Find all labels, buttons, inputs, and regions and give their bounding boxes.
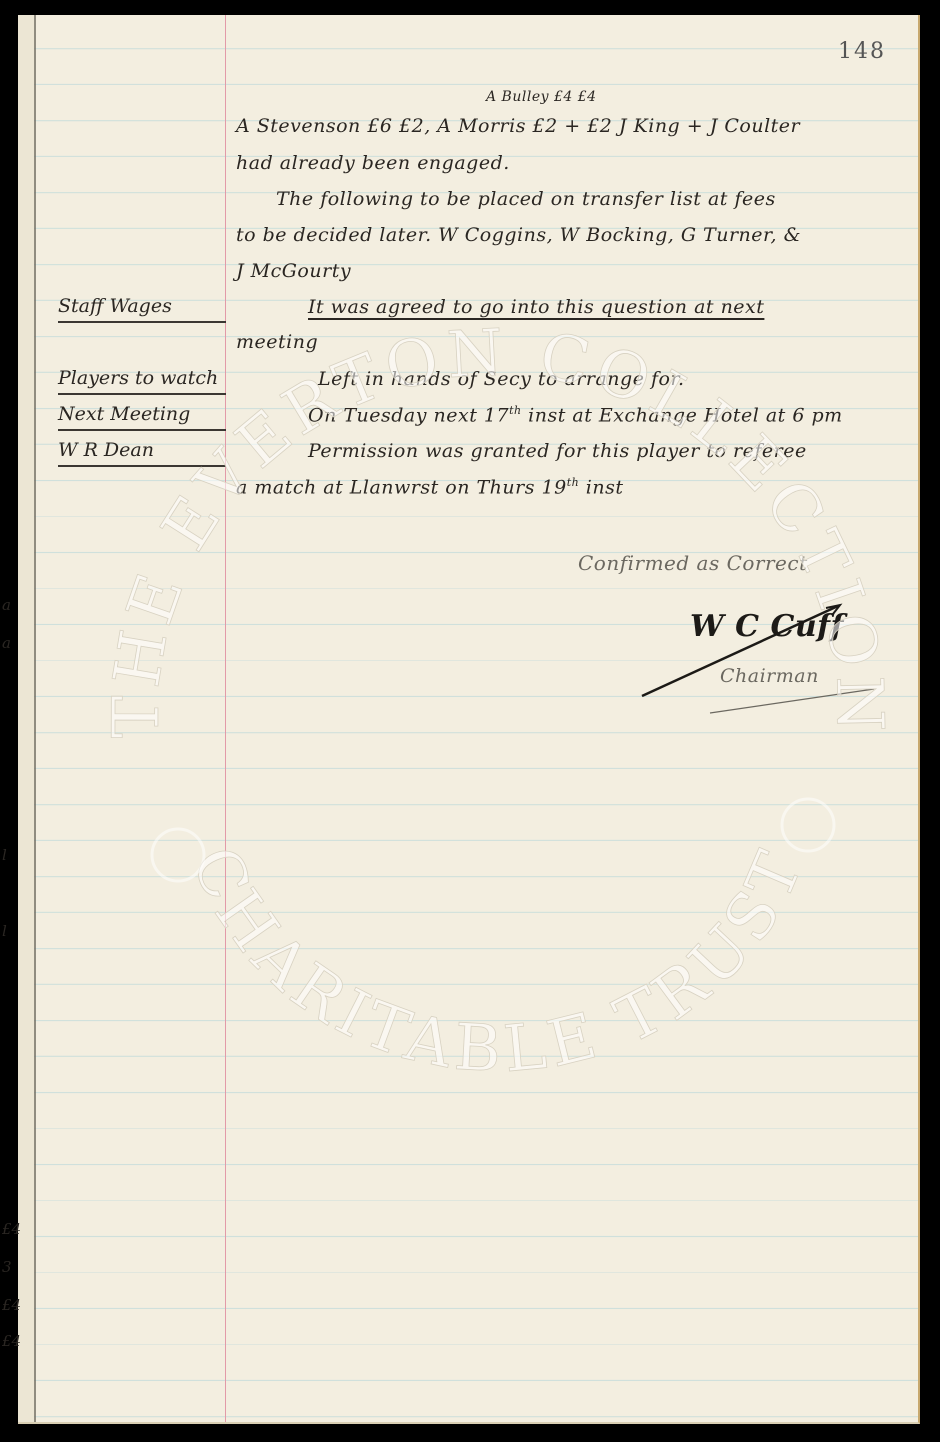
minute-staff-wages: It was agreed to go into this question a…: [308, 296, 764, 318]
title-underline: [708, 687, 878, 717]
binding-line: [34, 15, 36, 1422]
insert-above-line: A Bulley £4 £4: [486, 89, 597, 105]
margin-heading-next-meeting: Next Meeting: [58, 403, 226, 431]
edge-mark: a: [2, 596, 11, 614]
binding-gutter: [18, 15, 34, 1422]
entry-line-2: had already been engaged.: [236, 152, 510, 174]
margin-rule: [225, 15, 226, 1422]
edge-mark: l: [2, 846, 7, 864]
chairman-title: Chairman: [720, 665, 819, 687]
minute-next-meeting-before: On Tuesday next 17: [308, 404, 509, 426]
edge-mark: £4: [2, 1220, 21, 1238]
entry-line-1: A Stevenson £6 £2, A Morris £2 + £2 J Ki…: [236, 115, 800, 137]
entry-line-5: J McGourty: [236, 260, 351, 282]
entry-line-4: to be decided later. W Coggins, W Bockin…: [236, 224, 801, 246]
minute-staff-wages-text: It was agreed to go into this question a…: [308, 296, 764, 318]
edge-mark: £4: [2, 1296, 21, 1314]
margin-heading-players-to-watch: Players to watch: [58, 367, 226, 395]
edge-mark: l: [2, 922, 7, 940]
edge-mark: 3: [2, 1258, 12, 1276]
minute-next-meeting: On Tuesday next 17th inst at Exchange Ho…: [308, 404, 843, 426]
minute-players-to-watch: Left in hands of Secy to arrange for.: [318, 368, 684, 390]
entry-line-3: The following to be placed on transfer l…: [276, 188, 776, 210]
watermark-bottom-text: CHARITABLE TRUST: [176, 836, 819, 1087]
edge-mark: £4: [2, 1332, 21, 1350]
minute-staff-wages-continuation: meeting: [236, 331, 318, 353]
margin-heading-staff-wages: Staff Wages: [58, 295, 226, 323]
minute-wr-dean-cont-after: inst: [579, 476, 623, 498]
page-number: 148: [838, 39, 886, 64]
minute-next-meeting-after: inst at Exchange Hotel at 6 pm: [522, 404, 843, 426]
minute-wr-dean: Permission was granted for this player t…: [308, 440, 807, 462]
svg-text:CHARITABLE TRUST: CHARITABLE TRUST: [176, 836, 819, 1087]
edge-mark: a: [2, 634, 11, 652]
minute-wr-dean-cont-sup: th: [567, 476, 580, 489]
minute-next-meeting-sup: th: [509, 404, 522, 417]
margin-heading-wr-dean: W R Dean: [58, 439, 226, 467]
confirmation-text: Confirmed as Correct: [578, 551, 808, 575]
minute-wr-dean-cont-before: a match at Llanwrst on Thurs 19: [236, 476, 567, 498]
ledger-page: 148 A Bulley £4 £4 A Stevenson £6 £2, A …: [18, 15, 920, 1424]
minute-wr-dean-continuation: a match at Llanwrst on Thurs 19th inst: [236, 476, 623, 498]
